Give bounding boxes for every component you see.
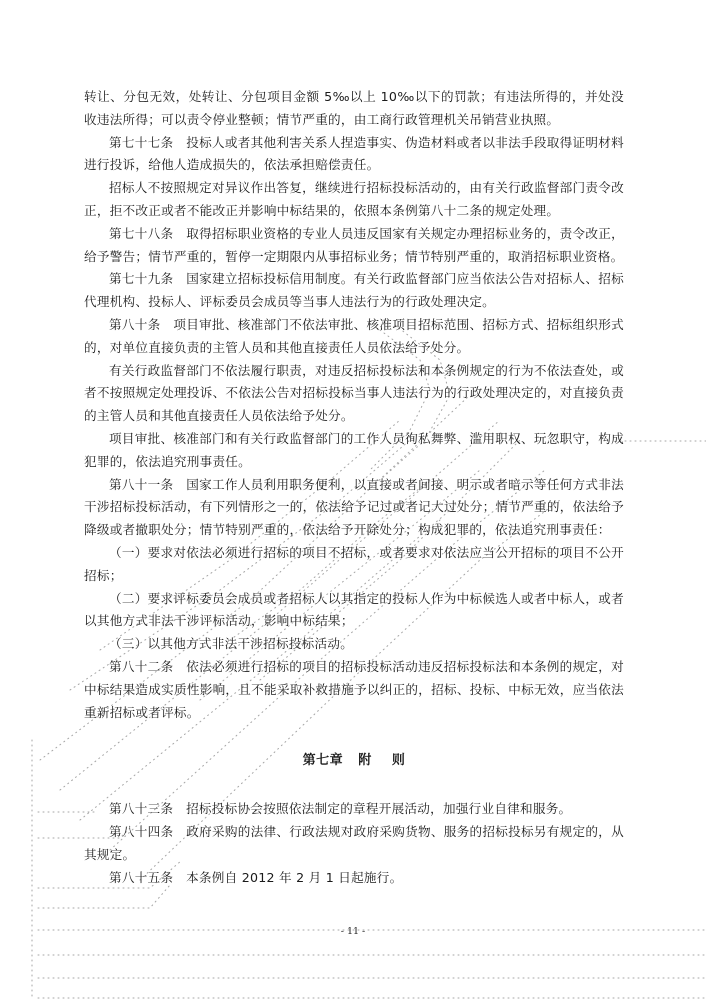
document-page: 转让、分包无效，处转让、分包项目金额 5‰以上 10‰以下的罚款；有违法所得的，…: [0, 0, 706, 1000]
paragraph-article-81: 第八十一条 国家工作人员利用职务便利，以直接或者间接、明示或者暗示等任何方式非法…: [84, 474, 624, 542]
list-item: （三）以其他方式非法干涉招标投标活动。: [84, 633, 624, 656]
paragraph-article-79: 第七十九条 国家建立招标投标信用制度。有关行政监督部门应当依法公告对招标人、招标…: [84, 268, 624, 314]
paragraph: 招标人不按照规定对异议作出答复，继续进行招标投标活动的，由有关行政监督部门责令改…: [84, 177, 624, 223]
chapter-number: 第七章: [303, 750, 344, 772]
paragraph-article-80: 第八十条 项目审批、核准部门不依法审批、核准项目招标范围、招标方式、招标组织形式…: [84, 314, 624, 360]
paragraph-article-84: 第八十四条 政府采购的法律、行政法规对政府采购货物、服务的招标投标另有规定的，从…: [84, 821, 624, 867]
list-item: （二）要求评标委员会成员或者招标人以其指定的投标人作为中标候选人或者中标人，或者…: [84, 588, 624, 634]
list-item: （一）要求对依法必须进行招标的项目不招标，或者要求对依法应当公开招标的项目不公开…: [84, 542, 624, 588]
page-number: - 11 -: [0, 926, 706, 937]
paragraph-article-83: 第八十三条 招标投标协会按照依法制定的章程开展活动，加强行业自律和服务。: [84, 798, 624, 821]
paragraph-article-78: 第七十八条 取得招标职业资格的专业人员违反国家有关规定办理招标业务的，责令改正，…: [84, 223, 624, 269]
paragraph: 项目审批、核准部门和有关行政监督部门的工作人员徇私舞弊、滥用职权、玩忽职守，构成…: [84, 428, 624, 474]
paragraph-article-77: 第七十七条 投标人或者其他利害关系人捏造事实、伪造材料或者以非法手段取得证明材料…: [84, 132, 624, 178]
paragraph-article-82: 第八十二条 依法必须进行招标的项目的招标投标活动违反招标投标法和本条例的规定，对…: [84, 656, 624, 724]
chapter-heading: 第七章 附 则: [84, 750, 624, 772]
paragraph-article-85: 第八十五条 本条例自 2012 年 2 月 1 日起施行。: [84, 867, 624, 890]
document-body: 转让、分包无效，处转让、分包项目金额 5‰以上 10‰以下的罚款；有违法所得的，…: [84, 86, 624, 890]
chapter-title-char: 则: [392, 750, 406, 772]
paragraph: 转让、分包无效，处转让、分包项目金额 5‰以上 10‰以下的罚款；有违法所得的，…: [84, 86, 624, 132]
paragraph: 有关行政监督部门不依法履行职责，对违反招标投标法和本条例规定的行为不依法查处，或…: [84, 360, 624, 428]
chapter-title-char: 附: [358, 750, 372, 772]
